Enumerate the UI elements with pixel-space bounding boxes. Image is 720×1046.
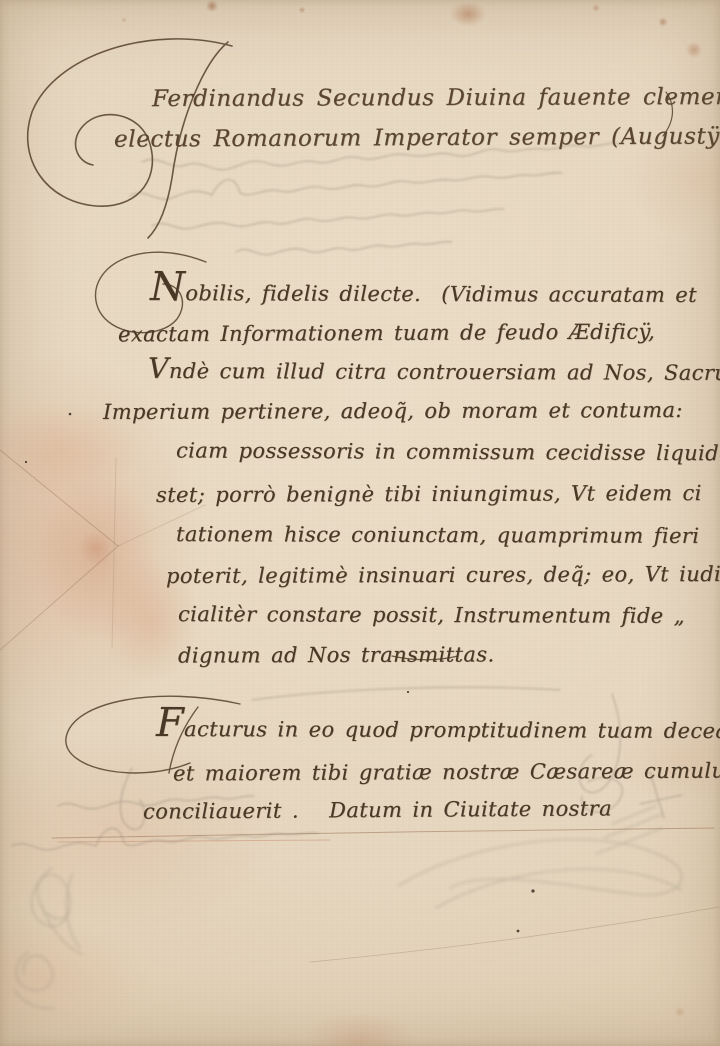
body-line-4: Imperium pertinere, adeoq̃, ob moram et … <box>103 396 683 426</box>
pencil-sketch <box>14 806 682 1008</box>
body-line-1: Nobilis, fidelis dilecte. (Vidimus accur… <box>150 279 697 309</box>
body-line-8: poterit, legitimè insinuari cures, deq̃;… <box>166 560 720 590</box>
body-line-3: Vndè cum illud citra controuersiam ad No… <box>148 357 720 387</box>
body-line-10: dignum ad Nos transmittas. <box>178 640 495 669</box>
body-line-6: stet; porrò benignè tibi iniungimus, Vt … <box>156 479 702 509</box>
manuscript-page: Ferdinandus Secundus Diuina fauente clem… <box>0 0 720 1046</box>
body-line-5: ciam possessoris in commissum cecidisse … <box>176 436 720 467</box>
heading-line-1: Ferdinandus Secundus Diuina fauente clem… <box>152 81 720 115</box>
heading-line-2: electus Romanorum Imperator semper (Augu… <box>114 120 720 155</box>
closing-line-3: conciliauerit . Datum in Ciuitate nostra <box>143 794 612 825</box>
body-line-2: exactam Informationem tuam de feudo Ædif… <box>118 318 655 349</box>
body-line-9: cialitèr constare possit, Instrumentum f… <box>178 600 685 630</box>
body-line-7: tationem hisce coniunctam, quamprimum fi… <box>176 520 699 550</box>
closing-line-2: et maiorem tibi gratiæ nostræ Cæsareæ cu… <box>173 757 720 788</box>
closing-line-1: Facturus in eo quod promptitudinem tuam … <box>156 715 720 745</box>
